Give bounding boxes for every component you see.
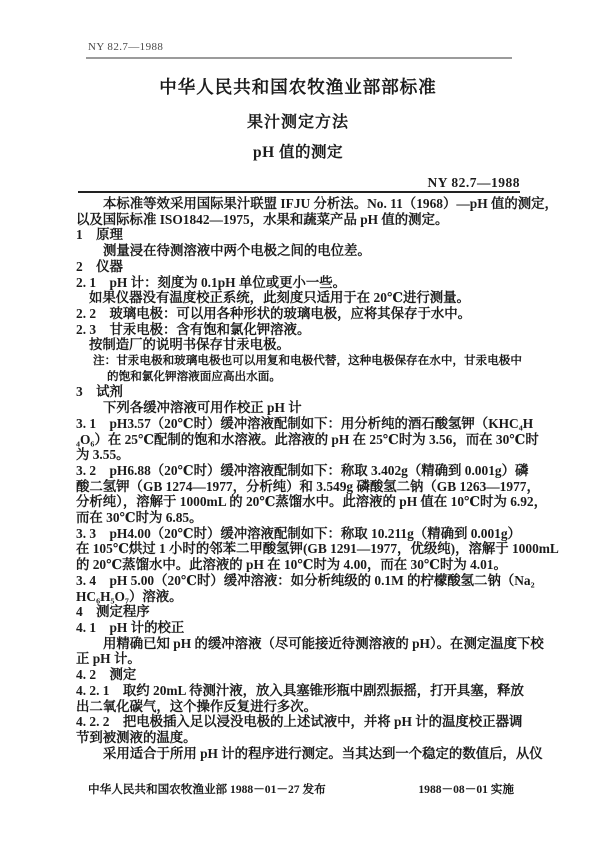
note-line: 的饱和氯化钾溶液面应高出水面。 <box>107 369 524 385</box>
doc-line: 出二氧化碳气，这个操作反复进行多次。 <box>76 699 524 715</box>
doc-line: 4. 2. 1 取约 20mL 待测汁液，放入具塞锥形瓶中剧烈振摇，打开具塞，释… <box>76 683 524 699</box>
header-rule-top <box>86 57 512 59</box>
doc-line: 测量浸在待测溶液中两个电极之间的电位差。 <box>103 243 524 259</box>
doc-line: 的 20℃蒸馏水中。此溶液的 pH 在 10℃时为 4.00，而在 30℃时为 … <box>76 557 524 573</box>
doc-line: 4. 1 pH 计的校正 <box>76 620 524 636</box>
doc-line: HC₆H₅O₇）溶液。 <box>76 589 524 605</box>
doc-line: ₄O₆）在 25℃配制的饱和水溶液。此溶液的 pH 在 25℃时为 3.56，而… <box>76 432 524 448</box>
doc-line: 正 pH 计。 <box>76 651 524 667</box>
doc-line: 分析纯），溶解于 1000mL 的 20℃蒸馏水中。此溶液的 pH 值在 10℃… <box>76 494 524 510</box>
section-heading: 3 试剂 <box>76 384 524 400</box>
doc-line: 酸二氢钾（GB 1274—1977，分析纯）和 3.549g 磷酸氢二钠（GB … <box>76 479 524 495</box>
page-footer: 中华人民共和国农牧渔业部 1988－01－27 发布 1988－08－01 实施 <box>88 781 514 797</box>
doc-line: 3. 1 pH3.57（20℃时）缓冲溶液配制如下：用分析纯的酒石酸氢钾（KHC… <box>76 416 524 432</box>
doc-line: 3. 2 pH6.88（20℃时）缓冲溶液配制如下：称取 3.402g（精确到 … <box>76 463 524 479</box>
doc-line: 4. 2 测定 <box>76 667 524 683</box>
doc-line: 以及国际标准 ISO1842—1975，水果和蔬菜产品 pH 值的测定。 <box>76 212 524 228</box>
doc-line: 3. 4 pH 5.00（20℃时）缓冲溶液：如分析纯级的 0.1M 的柠檬酸氢… <box>76 573 524 589</box>
section-heading: 4 测定程序 <box>76 604 524 620</box>
document-body: 本标准等效采用国际果汁联盟 IFJU 分析法。No. 11（1968）—pH 值… <box>76 196 524 761</box>
standard-title-main: 中华人民共和国农牧渔业部部标准 <box>76 74 520 99</box>
doc-line: 为 3.55。 <box>76 447 524 463</box>
doc-line: 2. 3 甘汞电极：含有饱和氯化钾溶液。 <box>76 322 524 338</box>
doc-line: 用精确已知 pH 的缓冲溶液（尽可能接近待测溶液的 pH）。在测定温度下校 <box>103 636 524 652</box>
doc-number-top-left: NY 82.7—1988 <box>88 41 163 53</box>
doc-line: 节到被测液的温度。 <box>76 730 524 746</box>
standard-title-item: pH 值的测定 <box>76 140 520 162</box>
standard-title-method: 果汁测定方法 <box>76 109 520 132</box>
footer-issued: 中华人民共和国农牧渔业部 1988－01－27 发布 <box>88 781 326 797</box>
doc-line: 4. 2. 2 把电极插入足以浸没电极的上述试液中，并将 pH 计的温度校正器调 <box>76 714 524 730</box>
doc-line: 如果仪器没有温度校正系统，此刻度只适用于在 20℃进行测量。 <box>89 290 524 306</box>
header-rule-mid <box>78 191 520 193</box>
doc-line: 2. 2 玻璃电极：可以用各种形状的玻璃电极，应将其保存于水中。 <box>76 306 524 322</box>
doc-line: 2. 1 pH 计：刻度为 0.1pH 单位或更小一些。 <box>76 275 524 291</box>
doc-line: 采用适合于所用 pH 计的程序进行测定。当其达到一个稳定的数值后，从仪 <box>103 746 524 762</box>
footer-effective: 1988－08－01 实施 <box>418 781 514 797</box>
doc-line: 在 105℃烘过 1 小时的邻苯二甲酸氢钾(GB 1291—1977，优级纯)，… <box>76 541 524 557</box>
section-heading: 1 原理 <box>76 227 524 243</box>
doc-line: 3. 3 pH4.00（20℃时）缓冲溶液配制如下：称取 10.211g（精确到… <box>76 526 524 542</box>
section-heading: 2 仪器 <box>76 259 524 275</box>
document-page: NY 82.7—1988 中华人民共和国农牧渔业部部标准 果汁测定方法 pH 值… <box>0 0 600 849</box>
note-line: 注：甘汞电极和玻璃电极也可以用复和电极代替，这种电极保存在水中，甘汞电极中 <box>93 353 524 369</box>
doc-line: 本标准等效采用国际果汁联盟 IFJU 分析法。No. 11（1968）—pH 值… <box>103 196 524 212</box>
doc-number-right: NY 82.7—1988 <box>428 175 521 191</box>
doc-line: 而在 30℃时为 6.85。 <box>76 510 524 526</box>
doc-line: 下列各缓冲溶液可用作校正 pH 计 <box>103 400 524 416</box>
doc-line: 按制造厂的说明书保存甘汞电极。 <box>89 337 524 353</box>
